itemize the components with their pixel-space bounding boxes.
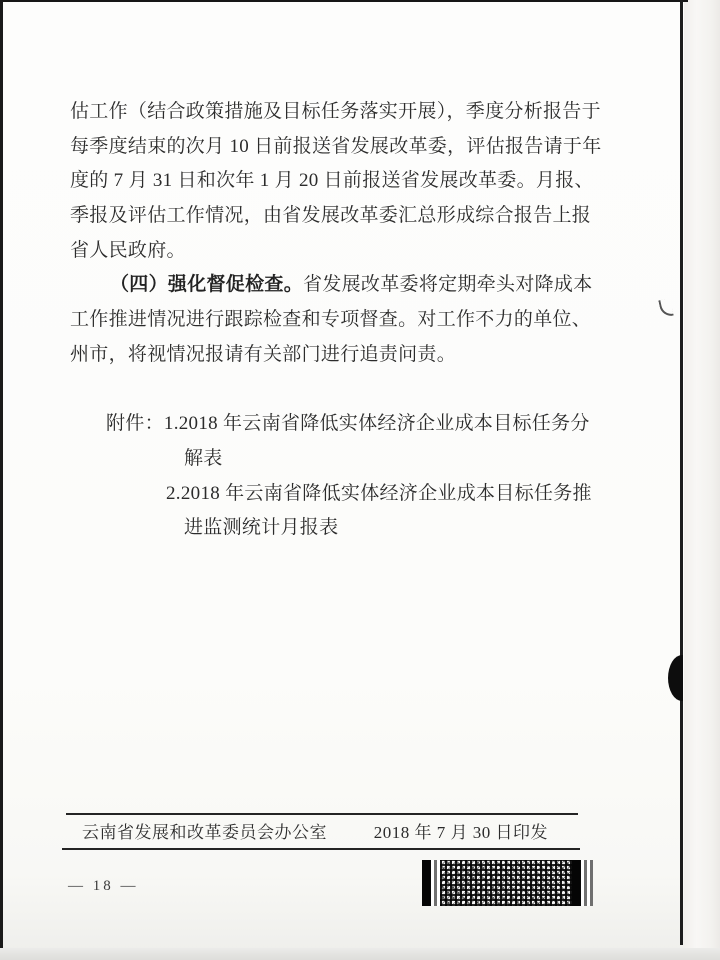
footer-rule-top: [66, 813, 578, 815]
print-date: 2018 年 7 月 30 日印发: [374, 821, 548, 845]
blank-line: [70, 373, 560, 408]
barcode-start-bar: [422, 860, 431, 906]
scan-edge-left: [0, 0, 3, 948]
page-number: — 18 —: [68, 878, 139, 895]
body-line: 估工作（结合政策措施及目标任务落实开展），季度分析报告于: [70, 95, 560, 130]
scan-edge-right: [680, 0, 683, 945]
barcode-data-region: [440, 860, 572, 906]
section-heading: （四）强化督促检查。: [110, 274, 303, 295]
scan-bottom-strip: [0, 948, 720, 960]
attachment-item-2-wrap: 进监测统计月报表: [70, 511, 560, 546]
section-heading-line: （四）强化督促检查。省发展改革委将定期牵头对降成本: [70, 268, 560, 303]
body-line: 每季度结束的次月 10 日前报送省发展改革委，评估报告请于年: [70, 130, 560, 165]
barcode-2d-icon: [422, 860, 593, 906]
attachment-label: 附件：: [106, 413, 164, 434]
attachment-list-line: 附件：1.2018 年云南省降低实体经济企业成本目标任务分: [70, 407, 560, 442]
body-line: 季报及评估工作情况，由省发展改革委汇总形成综合报告上报: [70, 199, 560, 234]
body-text: 省发展改革委将定期牵头对降成本: [303, 274, 593, 295]
body-line: 度的 7 月 31 日和次年 1 月 20 日前报送省发展改革委。月报、: [70, 164, 560, 199]
body-line: 州市，将视情况报请有关部门进行追责问责。: [70, 338, 560, 373]
footer-rule-bottom: [62, 848, 580, 850]
scanned-document-page: 估工作（结合政策措施及目标任务落实开展），季度分析报告于 每季度结束的次月 10…: [0, 0, 720, 960]
attachment-item-1-wrap: 解表: [70, 442, 560, 477]
barcode-thin-bar: [590, 860, 593, 906]
attachment-item-2: 2.2018 年云南省降低实体经济企业成本目标任务推: [70, 477, 560, 512]
body-line: 工作推进情况进行跟踪检查和专项督查。对工作不力的单位、: [70, 303, 560, 338]
attachment-item-1: 1.2018 年云南省降低实体经济企业成本目标任务分: [164, 413, 590, 434]
document-body: 估工作（结合政策措施及目标任务落实开展），季度分析报告于 每季度结束的次月 10…: [70, 95, 560, 546]
footer-colophon: 云南省发展和改革委员会办公室 2018 年 7 月 30 日印发: [82, 821, 548, 845]
issuing-office: 云南省发展和改革委员会办公室: [82, 821, 327, 845]
barcode-stop-bar: [572, 860, 581, 906]
scan-edge-top: [0, 0, 688, 2]
body-line: 省人民政府。: [70, 234, 560, 269]
scan-right-margin: [684, 0, 720, 950]
